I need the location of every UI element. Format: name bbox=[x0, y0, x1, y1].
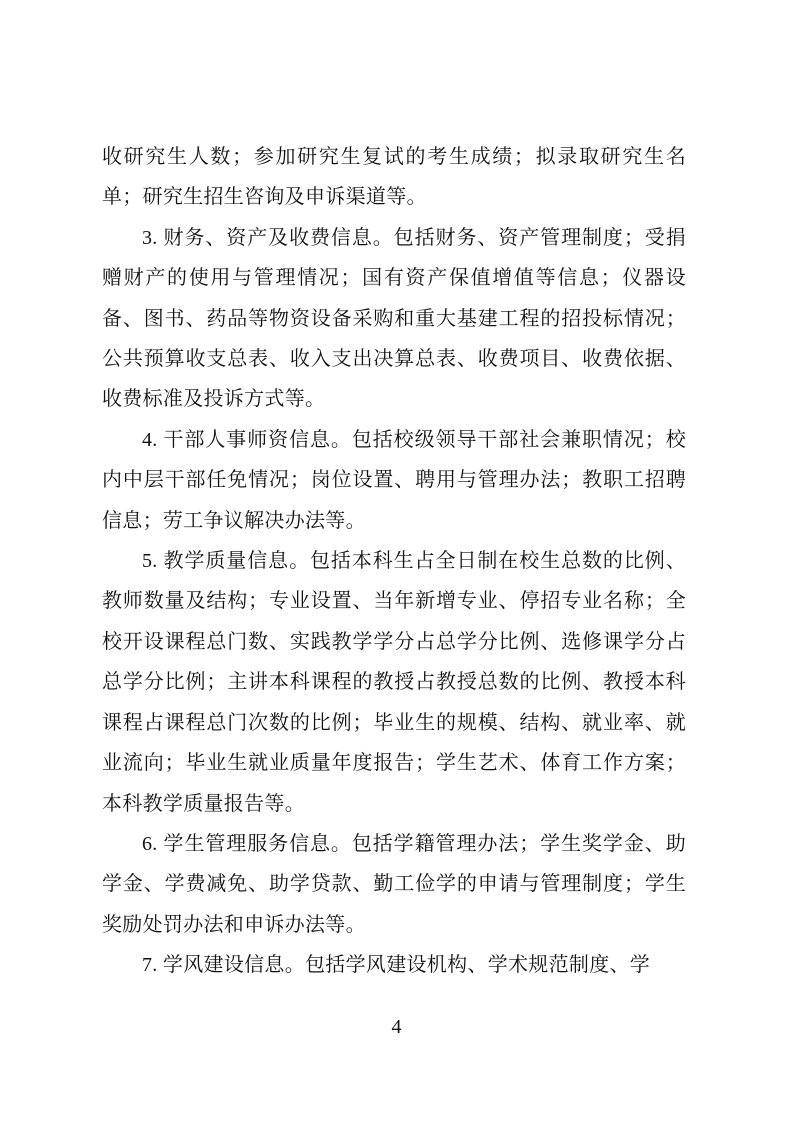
paragraph: 7. 学风建设信息。包括学风建设机构、学术规范制度、学 bbox=[102, 945, 686, 985]
paragraph: 6. 学生管理服务信息。包括学籍管理办法；学生奖学金、助学金、学费减免、助学贷款… bbox=[102, 824, 686, 945]
paragraph: 3. 财务、资产及收费信息。包括财务、资产管理制度；受捐赠财产的使用与管理情况；… bbox=[102, 218, 686, 420]
paragraph: 5. 教学质量信息。包括本科生占全日制在校生总数的比例、教师数量及结构；专业设置… bbox=[102, 541, 686, 824]
paragraph: 收研究生人数；参加研究生复试的考生成绩；拟录取研究生名单；研究生招生咨询及申诉渠… bbox=[102, 137, 686, 218]
paragraph: 4. 干部人事师资信息。包括校级领导干部社会兼职情况；校内中层干部任免情况；岗位… bbox=[102, 420, 686, 541]
document-page: 收研究生人数；参加研究生复试的考生成绩；拟录取研究生名单；研究生招生咨询及申诉渠… bbox=[0, 0, 793, 1122]
document-body: 收研究生人数；参加研究生复试的考生成绩；拟录取研究生名单；研究生招生咨询及申诉渠… bbox=[102, 137, 686, 986]
page-number: 4 bbox=[0, 1013, 793, 1041]
